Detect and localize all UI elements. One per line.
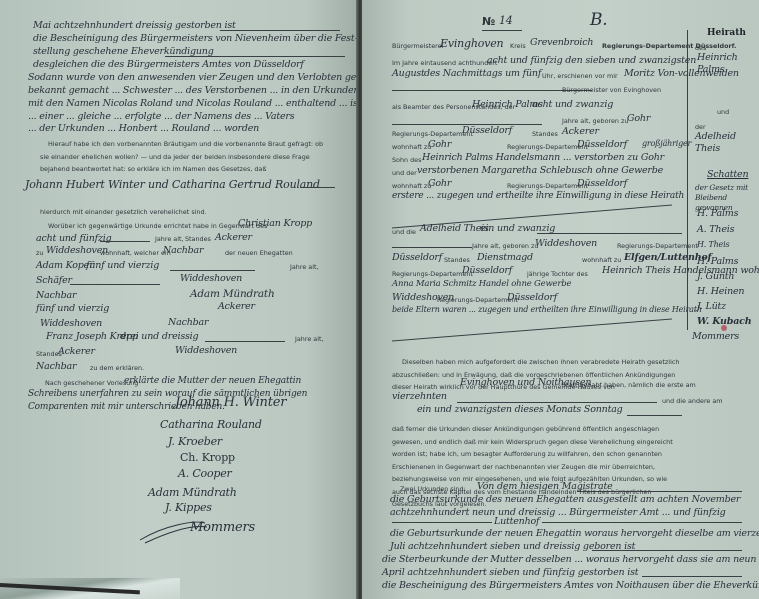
fill-rule (300, 187, 335, 188)
left-hw-line-4: desgleichen die des Bürgermeisters Amtes… (33, 59, 304, 70)
bride-name: Adelheid Theis (420, 223, 489, 234)
fill-rule (170, 270, 255, 271)
document-line: April achtzehnhundert sieben und fünfzig… (382, 567, 638, 578)
bride-born-at: Widdeshoven (535, 238, 597, 249)
groom-age: acht und zwanzig (532, 99, 613, 110)
bride-region: Düsseldorf (392, 252, 442, 263)
margin-bride: Adelheid Theis (695, 131, 750, 155)
witness-4-relation: Nachbar (36, 361, 76, 372)
label-years-born: Jahre alt, geboren zu (472, 242, 538, 250)
label-wohnhaft: wohnhaft zu (392, 182, 431, 190)
groom-residence: Gohr (428, 139, 451, 150)
margin-signature: H. Palms (697, 208, 738, 219)
label-reg-dept: Regierungs-Departement (617, 242, 698, 250)
margin-divider (687, 30, 688, 330)
fill-rule (642, 576, 742, 577)
label-buergermeisterei: Bürgermeisterei (392, 42, 443, 50)
bride-mother: Anna Maria Schmitz Handel ohne Gewerbe (392, 279, 571, 289)
signature-flourish-icon (135, 515, 255, 545)
signature-witness: A. Cooper (178, 467, 232, 480)
witness-2-residence: Widdeshoven (180, 273, 242, 284)
documents-label: Zwei Urkunden sind: (400, 485, 466, 493)
signature-witness: Adam Mündrath (148, 486, 237, 499)
fill-rule (100, 241, 150, 242)
label-reg-dept: Regierungs-Departement (507, 182, 588, 190)
intro-printed: Im Jahre eintausend achthundert (392, 59, 497, 67)
buergermeisterei-value: Evinghoven (440, 37, 503, 50)
witness-3-residence: Widdeshoven (40, 318, 102, 329)
witness-1-age: acht und fünfzig (36, 233, 111, 244)
time: des Nachmittags um fünf (424, 68, 541, 79)
fill-rule (165, 56, 345, 57)
regierungs-department-header: Regierungs-Departement Düsseldorf. (602, 42, 737, 50)
open-register-book: Mai achtzehnhundert dreissig gestorben i… (0, 0, 759, 599)
label-declare: zu dem erklären. (90, 364, 144, 372)
witness-3-occupation: Ackerer (218, 301, 255, 312)
witness-1-residence: Widdeshoven (46, 245, 108, 256)
document-line: die Geburtsurkunde der neuen Ehegattin w… (390, 528, 759, 539)
signature-bride: Catharina Rouland (160, 418, 262, 431)
printed-witness-intro: Worüber ich gegenwärtige Urkunde erricht… (48, 222, 267, 230)
margin-des-label: des (695, 44, 706, 52)
official-title: Bürgermeister von Evinghoven (562, 86, 661, 94)
groom-parents-residence: Gohr (428, 178, 451, 189)
left-hw-line-2: die Bescheinigung des Bürgermeisters von… (33, 33, 357, 44)
kreis-value: Grevenbroich (530, 37, 593, 48)
witness-1-relation: Nachbar (163, 245, 203, 256)
document-line: die Sterbeurkunde der Mutter desselben .… (382, 554, 759, 565)
label-status: Standes (185, 235, 211, 243)
bride-parents-region: Düsseldorf (507, 292, 557, 303)
fill-rule (392, 522, 492, 523)
label-wohnhaft: wohnhaft zu (582, 256, 621, 264)
margin-und-label: und (717, 108, 729, 116)
bride-residence-region: Düsseldorf (462, 265, 512, 276)
second-announcement: ein und zwanzigsten dieses Monats Sonnta… (417, 404, 623, 415)
fill-rule (577, 491, 742, 492)
first-announcement: vierzehnten (392, 391, 447, 402)
witness-3-name: Adam Mündrath (190, 288, 275, 300)
month: August (392, 68, 425, 79)
signature-witness: J. Kippes (165, 501, 212, 514)
label-daughter-of: jährige Tochter des (527, 270, 588, 278)
label-zu: zu (36, 249, 43, 257)
label-years-old: Jahre alt, (295, 335, 324, 343)
groom-residence-region: Düsseldorf (577, 139, 627, 150)
groom-region: Düsseldorf (462, 125, 512, 136)
fill-rule (205, 341, 285, 342)
document-line: achtzehnhundert neun und dreissig ... Bü… (390, 507, 726, 518)
label-son-of: Sohn des (392, 156, 421, 164)
label-of-the: der neuen Ehegatten (225, 249, 293, 257)
margin-schatten-title: Schatten (707, 169, 748, 180)
left-hw-line-1: Mai achtzehnhundert dreissig gestorben i… (33, 20, 236, 31)
signature-witness: Ch. Kropp (180, 451, 235, 464)
witness-4-occupation: Ackerer (58, 346, 95, 357)
margin-signature: J. Lütz (697, 301, 726, 312)
fill-rule (457, 402, 657, 403)
left-page: Mai achtzehnhundert dreissig gestorben i… (0, 0, 358, 599)
left-hw-line-9: ... der Urkunden ... Honbert ... Rouland… (28, 123, 259, 134)
fill-rule (392, 247, 472, 248)
label-reg-dept: Regierungs-Departement (392, 130, 473, 138)
label-and-the: und der (392, 169, 417, 177)
margin-signature-registrar: Mommers (692, 331, 739, 342)
margin-signature: A. Theis (697, 224, 734, 235)
margin-der-label: der (695, 123, 706, 131)
document-line: die Bescheinigung des Bürgermeisters Amt… (382, 580, 759, 591)
fill-rule (482, 30, 522, 31)
left-hw-line-8: ... einer ... gleiche ... erfolgte ... d… (28, 111, 294, 122)
label-standes: Standes (444, 256, 470, 264)
fill-rule (627, 415, 682, 416)
groom-occupation: Ackerer (562, 126, 599, 137)
printed-paragraph-vows: Hierauf habe ich den vorbenannten Bräuti… (40, 138, 330, 176)
bride-occupation: Dienstmagd (477, 252, 533, 263)
witness-3-relation: Nachbar (168, 317, 208, 328)
left-hw-line-6: bekannt gemacht ... Schwester ... des Ve… (28, 85, 358, 96)
fill-rule (220, 30, 340, 31)
groom-majority: großjähriger (642, 139, 691, 148)
signature-witness: J. Kroeber (168, 435, 222, 448)
left-hw-line-7: mit den Namen Nicolas Roland und Nicolas… (28, 98, 358, 109)
groom-mother: verstorbenen Margaretha Schlebusch ohne … (417, 165, 663, 176)
intro-year-handwritten: acht und fünfzig den sieben und zwanzigs… (487, 55, 696, 66)
label-years-status: Jahre alt, (155, 235, 184, 243)
document-line: die Geburtsurkunde des neuen Ehegatten a… (390, 494, 740, 505)
witness-3-age: fünf und vierzig (36, 303, 109, 314)
witness-2-occupation: Schäfer (36, 275, 72, 286)
left-hw-line-5: Sodann wurde von den anwesenden vier Zeu… (28, 72, 358, 83)
witness-2-relation: Nachbar (36, 290, 76, 301)
groom-born-at: Gohr (627, 113, 650, 124)
label-reg-dept: Regierungs-Departement (392, 270, 473, 278)
margin-signature: J. Günth (697, 271, 734, 282)
label-reg-dept: Regierungs-Departement (507, 143, 588, 151)
cancel-stroke-icon (392, 315, 672, 343)
printed-married-statement: hierdurch mit einander gesetzlich verehe… (40, 208, 207, 216)
fill-rule (592, 550, 742, 551)
witness-2-age: fünf und vierzig (86, 260, 159, 271)
body-printed-2: Statt gehabt haben, nämlich die erste am (562, 381, 696, 389)
fill-rule (537, 233, 682, 234)
witness-4-residence: Widdeshoven (175, 345, 237, 356)
signature-groom: Johann H. Winter (175, 395, 286, 410)
body-printed-3: und die andere am (662, 397, 723, 405)
label-reg-dept: Regierungs-Departement (437, 296, 518, 304)
intro-printed-2: Uhr, erschienen vor mir (542, 72, 618, 80)
label-wohnhaft: wohnhaft zu (392, 143, 431, 151)
couple-names: Johann Hubert Winter und Catharina Gertr… (25, 178, 320, 191)
label-standes: Standes (532, 130, 558, 138)
margin-signature: H. Heinen (697, 286, 744, 297)
witness-1-name: Christian Kropp (238, 218, 312, 229)
margin-signature: H. Palms (697, 256, 738, 267)
groom-parents-region: Düsseldorf (577, 178, 627, 189)
right-page: № 14 B. Bürgermeisterei Evinghoven Kreis… (362, 0, 759, 599)
witness-2-name: Adam Koper (36, 260, 93, 271)
witness-1-occupation: Ackerer (215, 232, 252, 243)
fill-rule (542, 522, 742, 523)
margin-heading: Heirath (707, 28, 746, 38)
entry-letter: B. (590, 10, 608, 30)
margin-signature: H. Theis (697, 240, 729, 249)
bride-consent-note: beide Eltern waren ... zugegen und erthe… (392, 305, 702, 314)
entry-number: 14 (499, 14, 513, 27)
label-resident: wohnhaft, welcher ein (100, 249, 171, 257)
label-and-the-bride: und die (392, 228, 416, 236)
groom-father: Heinrich Palms Handelsmann ... verstorbe… (422, 152, 664, 163)
fill-rule (70, 284, 160, 285)
document-line: Luttenhof (494, 516, 539, 527)
label-years-born: Jahre alt, geboren zu (562, 117, 628, 125)
label-kreis: Kreis (510, 42, 526, 50)
label-years-status: Jahre alt, (290, 263, 319, 271)
witness-4-age: drei und dreissig (120, 331, 198, 342)
margin-groom: Heinrich Palms (697, 52, 752, 76)
entry-number-label: № (482, 15, 495, 28)
